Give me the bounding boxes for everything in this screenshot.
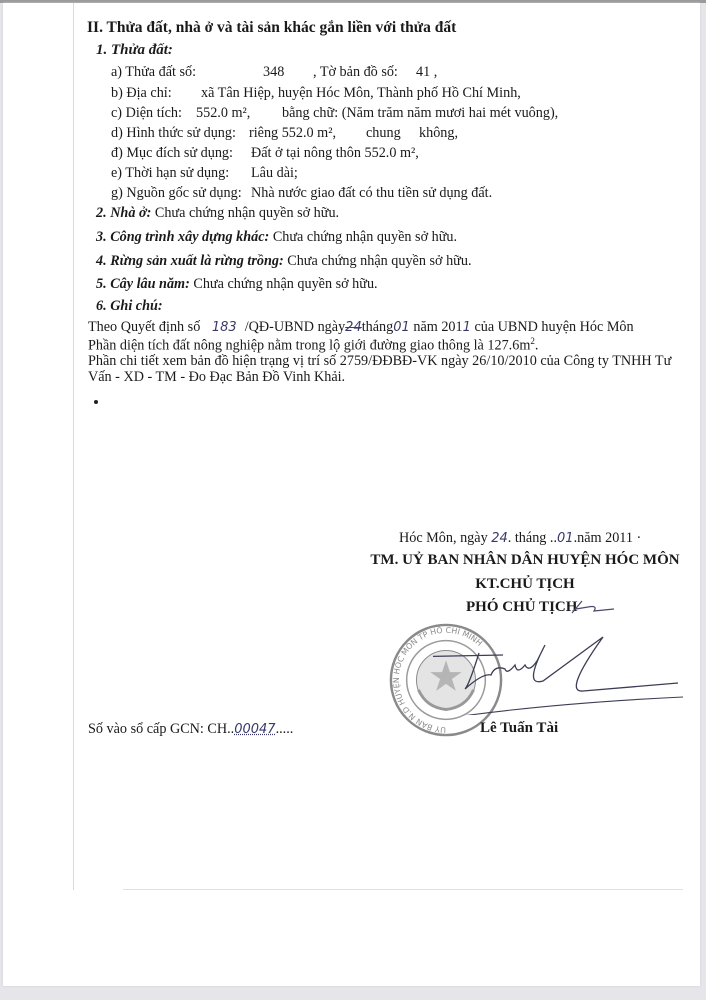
construction-row: 3. Công trình xây dựng khác: Chưa chứng … <box>96 229 457 246</box>
issuing-organization: TM. UỶ BAN NHÂN DÂN HUYỆN HÓC MÔN <box>365 552 685 569</box>
notes-text: . <box>535 338 539 354</box>
usage-shared-label: chung <box>366 125 401 142</box>
purpose-value: Đất ở tại nông thôn 552.0 m², <box>251 145 419 162</box>
notes-text: Phần diện tích đất nông nghiệp nằm trong… <box>88 338 530 354</box>
construction-heading: 3. Công trình xây dựng khác: <box>96 229 269 245</box>
address-label: b) Địa chỉ: <box>111 85 172 102</box>
house-value: Chưa chứng nhận quyền sở hữu. <box>155 205 339 221</box>
place-date: Hóc Môn, ngày 24. tháng ..01.năm 2011 · <box>399 530 641 547</box>
perennial-heading: 5. Cây lâu năm: <box>96 276 190 292</box>
usage-form-label: d) Hình thức sử dụng: <box>111 125 236 142</box>
forest-value: Chưa chứng nhận quyền sở hữu. <box>287 253 471 269</box>
stray-mark <box>94 400 98 404</box>
origin-label: g) Nguồn gốc sử dụng: <box>111 185 242 202</box>
registry-suffix: ..... <box>276 721 294 737</box>
registry-number: Số vào sổ cấp GCN: CH..00047..... <box>88 721 293 738</box>
address-value: xã Tân Hiệp, huyện Hóc Môn, Thành phố Hồ… <box>201 85 521 102</box>
handwritten-signature-icon <box>433 635 693 715</box>
document-page: II. Thửa đất, nhà ở và tài sản khác gắn … <box>3 3 700 986</box>
forest-row: 4. Rừng sản xuất là rừng trồng: Chưa chứ… <box>96 253 472 270</box>
origin-value: Nhà nước giao đất có thu tiền sử dụng đấ… <box>251 185 492 202</box>
handwritten-sign-day: 24 <box>491 531 508 546</box>
place-date-text: .năm 2011 · <box>574 530 642 546</box>
map-sheet-value: 41 , <box>416 64 437 81</box>
parcel-number-value: 348 <box>263 64 284 81</box>
handwritten-decision-number: 183 <box>212 320 237 335</box>
page-border-left <box>73 3 74 890</box>
area-words: bằng chữ: (Năm trăm năm mươi hai mét vuô… <box>282 105 558 122</box>
initials-mark-icon <box>568 597 618 619</box>
area-value: 552.0 m², <box>196 105 250 122</box>
registry-label: Số vào sổ cấp GCN: CH.. <box>88 721 234 737</box>
term-value: Lâu dài; <box>251 165 298 182</box>
notes-text: tháng <box>362 319 394 335</box>
construction-value: Chưa chứng nhận quyền sở hữu. <box>273 229 457 245</box>
land-heading: 1. Thửa đất: <box>96 42 173 59</box>
signer-role-1: KT.CHỦ TỊCH <box>365 576 685 593</box>
notes-text: Theo Quyết định số <box>88 319 200 335</box>
notes-heading: 6. Ghi chú: <box>96 298 163 315</box>
notes-line-1: Theo Quyết định số 183/QĐ-UBND ngày24thá… <box>88 319 634 336</box>
purpose-label: đ) Mục đích sử dụng: <box>111 145 233 162</box>
house-heading: 2. Nhà ở: <box>96 205 151 221</box>
section-title: II. Thửa đất, nhà ở và tài sản khác gắn … <box>87 19 456 37</box>
area-label: c) Diện tích: <box>111 105 182 122</box>
place-date-text: . tháng .. <box>508 530 557 546</box>
place-date-text: Hóc Môn, ngày <box>399 530 491 546</box>
usage-private: riêng 552.0 m², <box>249 125 336 142</box>
perennial-value: Chưa chứng nhận quyền sở hữu. <box>193 276 377 292</box>
forest-heading: 4. Rừng sản xuất là rừng trồng: <box>96 253 284 269</box>
signer-role-2: PHÓ CHỦ TỊCH <box>466 599 577 616</box>
parcel-number-label: a) Thửa đất số: <box>111 64 196 81</box>
notes-line-3: Phần chi tiết xem bản đồ hiện trạng vị t… <box>88 353 671 370</box>
map-sheet-label: , Tờ bản đồ số: <box>313 64 398 81</box>
notes-text: của UBND huyện Hóc Môn <box>474 319 633 335</box>
notes-text: năm 201 <box>413 319 462 335</box>
page-border-bottom <box>123 889 683 890</box>
notes-text: /QĐ-UBND ngày <box>245 319 345 335</box>
handwritten-sign-month: 01 <box>557 531 574 546</box>
notes-line-2: Phần diện tích đất nông nghiệp nằm trong… <box>88 336 538 355</box>
usage-shared-value: không, <box>419 125 458 142</box>
handwritten-month: 01 <box>393 320 410 335</box>
notes-line-4: Vấn - XD - TM - Đo Đạc Bản Đồ Vinh Khải. <box>88 369 345 386</box>
perennial-row: 5. Cây lâu năm: Chưa chứng nhận quyền sở… <box>96 276 378 293</box>
handwritten-day: 24 <box>345 320 362 335</box>
handwritten-registry-number: 00047 <box>234 722 275 737</box>
house-row: 2. Nhà ở: Chưa chứng nhận quyền sở hữu. <box>96 205 339 222</box>
handwritten-year-digit: 1 <box>463 320 471 335</box>
term-label: e) Thời hạn sử dụng: <box>111 165 229 182</box>
signer-name: Lê Tuấn Tài <box>480 720 558 737</box>
